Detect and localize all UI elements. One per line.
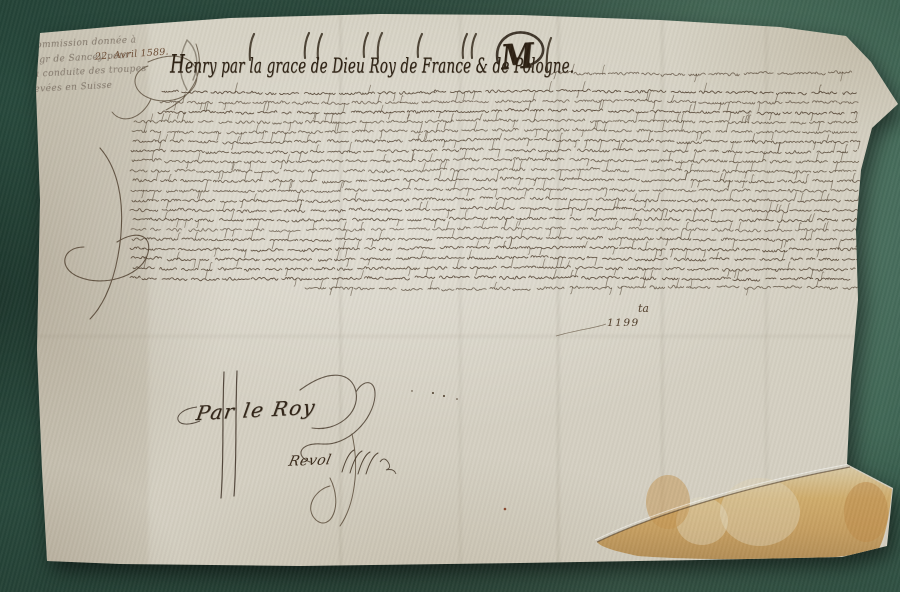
parchment-sheet: Commission donnée à Mgr de Sancey pour l… <box>0 0 900 592</box>
ink-specks <box>411 390 506 510</box>
signature-par-le-roy: Par le Roy <box>195 395 318 425</box>
photograph-of-parchment-charter: Commission donnée à Mgr de Sancey pour l… <box>0 0 900 592</box>
chancery-mark-m: M <box>500 36 536 78</box>
office-mark-pointer-line <box>556 324 606 336</box>
stain-light-patch <box>720 478 800 546</box>
countersignature-star-mark <box>380 459 396 474</box>
folded-corner-stain <box>597 467 892 559</box>
fold-crease-line <box>597 467 850 542</box>
countersignature-flourish-ff <box>342 450 378 474</box>
stain-dark-patch <box>844 482 888 542</box>
fold-crease-highlight <box>595 464 849 540</box>
document-shadow-wrap: Commission donnée à Mgr de Sancey pour l… <box>0 0 900 592</box>
office-mark-number: 1199 <box>607 317 640 329</box>
countersignature-secretary: Revol <box>287 452 333 469</box>
stain-dark-patch <box>646 475 690 529</box>
marginal-note: Commission donnée à Mgr de Sancey pour l… <box>29 33 148 97</box>
countersignature-descender-loops <box>311 434 356 526</box>
flourish-left-margin-paraph <box>65 148 149 319</box>
initial-letter: H <box>170 50 185 80</box>
stain-light-patch <box>676 497 728 545</box>
signature-vertical-strokes <box>221 371 237 498</box>
corner-pen-squiggle <box>872 25 881 35</box>
body-text-ink <box>130 64 876 296</box>
office-mark-upper: ta <box>638 302 649 315</box>
